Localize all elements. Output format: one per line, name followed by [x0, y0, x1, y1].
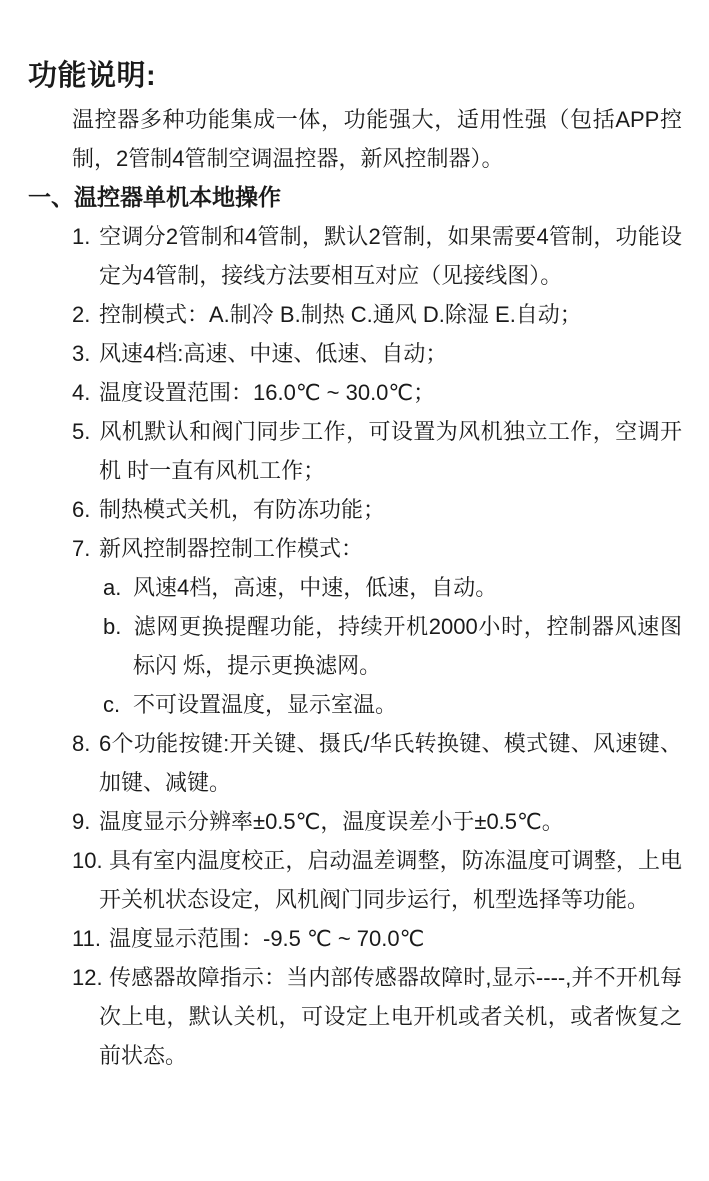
item-number: 11. [72, 919, 109, 958]
item-number: a. [103, 568, 133, 607]
list-item: 3.风速4档:高速、中速、低速、自动； [72, 334, 682, 373]
item-text: 传感器故障指示：当内部传感器故障时,显示----,并不开机每次上电，默认关机，可… [99, 965, 682, 1068]
item-text: 6个功能按键:开关键、摄氏/华氏转换键、模式键、风速键、加键、减键。 [99, 731, 682, 795]
item-text: 制热模式关机，有防冻功能； [99, 497, 385, 522]
item-number: 1. [72, 217, 99, 256]
item-number: 9. [72, 802, 99, 841]
item-text: 空调分2管制和4管制，默认2管制，如果需要4管制，功能设定为4管制，接线方法要相… [99, 224, 682, 288]
item-number: 12. [72, 958, 109, 997]
list-item: 9.温度显示分辨率±0.5℃，温度误差小于±0.5℃。 [72, 802, 682, 841]
list-item: 2.控制模式：A.制冷 B.制热 C.通风 D.除湿 E.自动； [72, 295, 682, 334]
list-item: 12.传感器故障指示：当内部传感器故障时,显示----,并不开机每次上电，默认关… [72, 958, 682, 1075]
list-item: 1.空调分2管制和4管制，默认2管制，如果需要4管制，功能设定为4管制，接线方法… [72, 217, 682, 295]
list-item: 6.制热模式关机，有防冻功能； [72, 490, 682, 529]
section-title: 一、温控器单机本地操作 [28, 178, 682, 217]
item-number: 5. [72, 412, 99, 451]
sub-list-item: b.滤网更换提醒功能，持续开机2000小时，控制器风速图标闪 烁，提示更换滤网。 [103, 607, 682, 685]
item-number: 3. [72, 334, 99, 373]
page-title: 功能说明: [28, 60, 682, 92]
intro-paragraph: 温控器多种功能集成一体，功能强大，适用性强（包括APP控制，2管制4管制空调温控… [72, 100, 682, 178]
item-text: 温度设置范围：16.0℃ ~ 30.0℃； [99, 380, 435, 405]
list-item: 4.温度设置范围：16.0℃ ~ 30.0℃； [72, 373, 682, 412]
item-text: 新风控制器控制工作模式： [99, 536, 363, 561]
list-item: 7.新风控制器控制工作模式： [72, 529, 682, 568]
sub-list-item: c.不可设置温度，显示室温。 [103, 685, 682, 724]
list-item: 5.风机默认和阀门同步工作，可设置为风机独立工作，空调开机 时一直有风机工作； [72, 412, 682, 490]
item-number: 6. [72, 490, 99, 529]
item-number: c. [103, 685, 133, 724]
item-number: 10. [72, 841, 109, 880]
item-text: 不可设置温度，显示室温。 [133, 692, 397, 717]
item-text: 风速4档，高速，中速，低速，自动。 [133, 575, 497, 600]
item-text: 风速4档:高速、中速、低速、自动； [99, 341, 447, 366]
sub-list-item: a.风速4档，高速，中速，低速，自动。 [103, 568, 682, 607]
item-text: 控制模式：A.制冷 B.制热 C.通风 D.除湿 E.自动； [99, 302, 582, 327]
item-number: 4. [72, 373, 99, 412]
list-item: 11.温度显示范围：-9.5 ℃ ~ 70.0℃ [72, 919, 682, 958]
item-number: b. [103, 607, 133, 646]
item-text: 滤网更换提醒功能，持续开机2000小时，控制器风速图标闪 烁，提示更换滤网。 [133, 614, 682, 678]
item-number: 8. [72, 724, 99, 763]
item-number: 7. [72, 529, 99, 568]
list-item: 8.6个功能按键:开关键、摄氏/华氏转换键、模式键、风速键、加键、减键。 [72, 724, 682, 802]
item-text: 温度显示范围：-9.5 ℃ ~ 70.0℃ [109, 926, 424, 951]
item-text: 风机默认和阀门同步工作，可设置为风机独立工作，空调开机 时一直有风机工作； [99, 419, 682, 483]
list-item: 10.具有室内温度校正，启动温差调整，防冻温度可调整，上电开关机状态设定，风机阀… [72, 841, 682, 919]
item-text: 具有室内温度校正，启动温差调整，防冻温度可调整，上电开关机状态设定，风机阀门同步… [99, 848, 682, 912]
item-number: 2. [72, 295, 99, 334]
item-text: 温度显示分辨率±0.5℃，温度误差小于±0.5℃。 [99, 809, 564, 834]
manual-page: 功能说明: 温控器多种功能集成一体，功能强大，适用性强（包括APP控制，2管制4… [0, 0, 709, 1181]
